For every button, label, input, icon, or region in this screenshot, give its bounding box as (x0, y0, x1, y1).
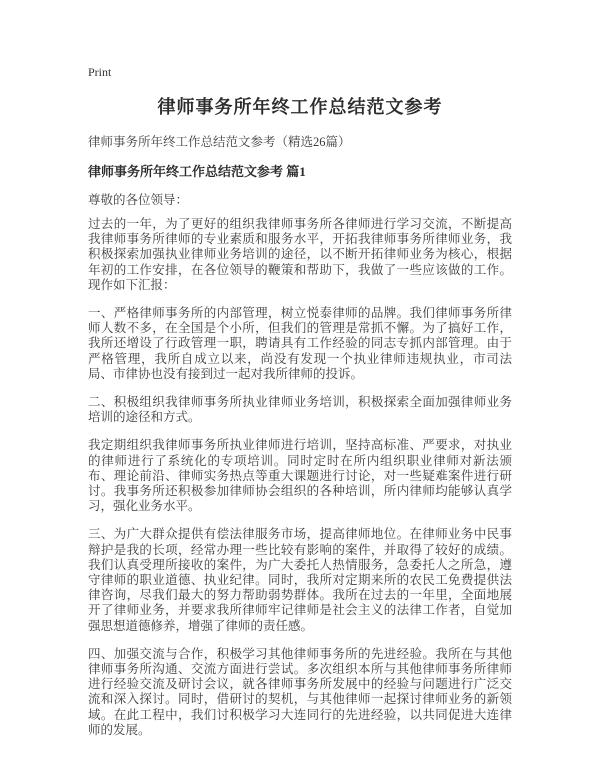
paragraph-point-3: 三、为广大群众提供有偿法律服务市场，提高律师地位。在律师业务中民事辩护是我的长项… (88, 527, 512, 633)
document-body: 律师事务所年终工作总结范文参考 律师事务所年终工作总结范文参考（精选26篇） 律… (88, 96, 512, 751)
paragraph-point-2-detail: 我定期组织我律师事务所执业律师进行培训，坚持高标准、严要求，对执业的律师进行了系… (88, 438, 512, 514)
print-link[interactable]: Print (88, 65, 111, 79)
salutation: 尊敬的各位领导： (88, 193, 512, 208)
document-subtitle: 律师事务所年终工作总结范文参考（精选26篇） (88, 134, 512, 150)
paragraph-point-4: 四、加强交流与合作，积极学习其他律师事务所的先进经验。我所在与其他律师事务所沟通… (88, 647, 512, 738)
section-heading-part1: 律师事务所年终工作总结范文参考 篇1 (88, 164, 512, 180)
paragraph-point-2: 二、积极组织我律师事务所执业律师业务培训，积极探索全面加强律师业务培训的途径和方… (88, 395, 512, 425)
print-preview-page: Print 律师事务所年终工作总结范文参考 律师事务所年终工作总结范文参考（精选… (0, 0, 600, 776)
page-title: 律师事务所年终工作总结范文参考 (88, 96, 512, 118)
paragraph-intro: 过去的一年，为了更好的组织我律师事务所各律师进行学习交流，不断提高我律师事务所律… (88, 217, 512, 293)
paragraph-point-1: 一、严格律师事务所的内部管理，树立悦泰律师的品牌。我们律师事务所律师人数不多，在… (88, 306, 512, 382)
